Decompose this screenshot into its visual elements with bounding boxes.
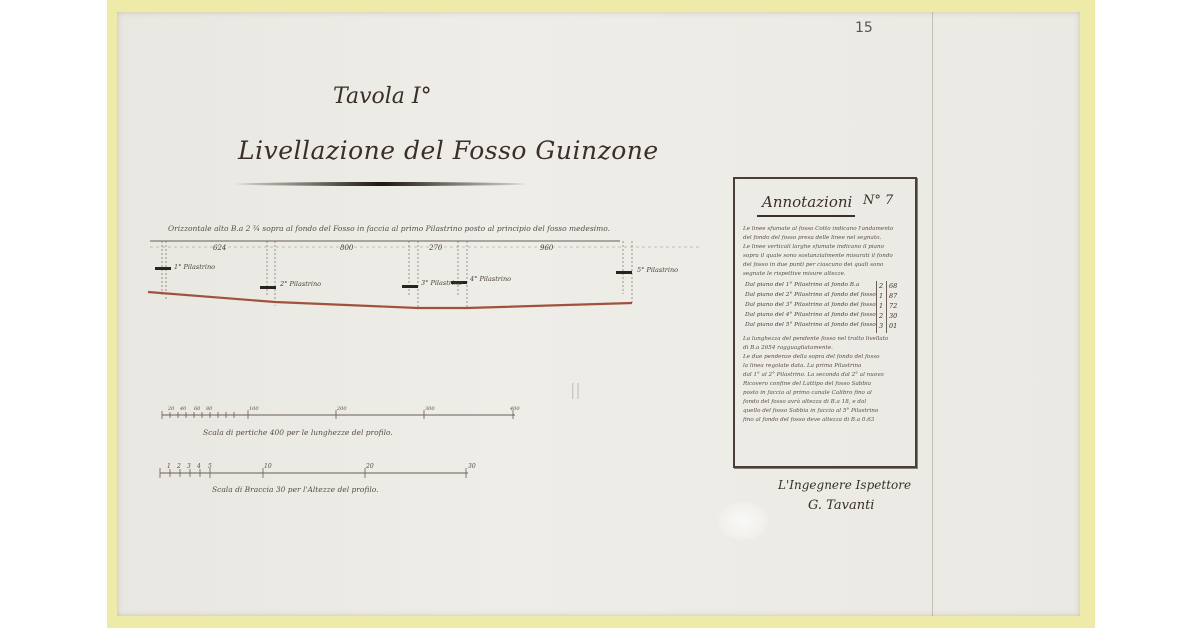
annotations-intro: Le linee sfumate al fosso Cotto indicano… xyxy=(743,225,909,279)
plate-label: Tavola I° xyxy=(333,84,432,109)
svg-text:3° Pilastrino: 3° Pilastrino xyxy=(421,279,462,287)
page-number: 15 xyxy=(855,20,873,36)
svg-text:800: 800 xyxy=(340,244,354,252)
svg-text:2° Pilastrino: 2° Pilastrino xyxy=(279,280,321,288)
datum-caption: Orizzontale alto B.a 2 ¾ sopra al fondo … xyxy=(168,224,610,233)
svg-text:4: 4 xyxy=(196,463,201,470)
svg-text:4° Pilastrino: 4° Pilastrino xyxy=(469,275,511,283)
signature-name: G. Tavanti xyxy=(808,498,874,513)
annotations-number: N° 7 xyxy=(863,193,893,208)
embossed-seal xyxy=(718,502,768,540)
measure-row: Dal piano del 5° Pilastrino al fondo del… xyxy=(735,322,915,332)
signature-title: L'Ingegnere Ispettore xyxy=(778,478,911,492)
svg-text:624: 624 xyxy=(213,244,226,252)
measure-row: Dal piano del 3° Pilastrino al fondo del… xyxy=(735,302,915,312)
svg-text:20: 20 xyxy=(167,406,175,412)
annotations-measure-table: Dal piano del 1° Pilastrino al fondo B.a… xyxy=(735,282,915,332)
height-scale-bar: 12345 102030 xyxy=(158,462,488,482)
annotations-panel: Annotazioni N° 7 Le linee sfumate al fos… xyxy=(733,177,917,468)
svg-text:60: 60 xyxy=(194,406,201,412)
svg-text:30: 30 xyxy=(468,463,476,470)
length-scale-bar: 20406080 100200300400 xyxy=(160,405,520,425)
height-scale-caption: Scala di Braccia 30 per l'Altezze del pr… xyxy=(212,485,379,494)
svg-text:270: 270 xyxy=(428,244,443,252)
measure-row: Dal piano del 4° Pilastrino al fondo del… xyxy=(735,312,915,322)
length-scale-caption: Scala di pertiche 400 per le lunghezze d… xyxy=(203,428,393,437)
svg-text:20: 20 xyxy=(365,463,374,470)
svg-text:960: 960 xyxy=(540,244,554,252)
svg-text:100: 100 xyxy=(249,406,259,412)
svg-text:10: 10 xyxy=(264,463,272,470)
measure-row: Dal piano del 1° Pilastrino al fondo B.a… xyxy=(735,282,915,292)
svg-text:80: 80 xyxy=(206,406,213,412)
svg-text:200: 200 xyxy=(336,406,347,412)
leveling-profile: 624 800 270 960 1° Pilastrino 2° Pilastr… xyxy=(140,236,700,326)
svg-text:1° Pilastrino: 1° Pilastrino xyxy=(174,263,215,271)
annotations-underline xyxy=(757,215,855,217)
svg-text:300: 300 xyxy=(425,406,435,412)
svg-text:1: 1 xyxy=(167,463,171,470)
svg-text:2: 2 xyxy=(176,463,181,470)
annotations-outro: La lunghezza del pendente fosso nel trat… xyxy=(743,335,909,425)
svg-text:5° Pilastrino: 5° Pilastrino xyxy=(637,266,678,274)
title-underline xyxy=(236,182,526,186)
sheet-fold-line xyxy=(932,12,933,616)
drawing-title: Livellazione del Fosso Guinzone xyxy=(238,136,659,165)
svg-text:5: 5 xyxy=(208,463,212,470)
svg-text:3: 3 xyxy=(187,463,191,470)
measure-row: Dal piano del 2° Pilastrino al fondo del… xyxy=(735,292,915,302)
svg-text:40: 40 xyxy=(179,406,187,412)
stray-mark: || xyxy=(570,380,581,399)
svg-text:400: 400 xyxy=(509,406,520,412)
annotations-heading: Annotazioni xyxy=(762,193,852,211)
